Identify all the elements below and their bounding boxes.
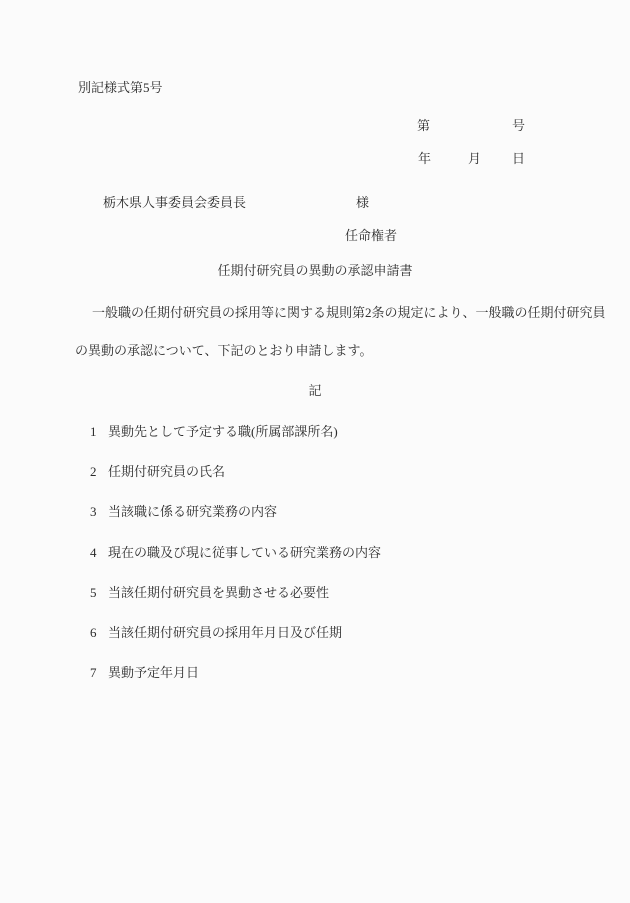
- document-page: 別記様式第5号 第 号 年 月 日 栃木県人事委員会委員長 様 任命権者 任期付…: [0, 0, 630, 903]
- list-item-2: 2 任期付研究員の氏名: [90, 465, 225, 478]
- list-item-text: 異動予定年月日: [108, 666, 199, 679]
- date-year-label: 年: [418, 152, 431, 165]
- sender-label: 任命権者: [345, 229, 397, 242]
- list-item-number: 3: [90, 505, 108, 518]
- date-day-label: 日: [512, 152, 525, 165]
- addressee-honorific: 様: [356, 196, 369, 209]
- list-item-text: 異動先として予定する職(所属部課所名): [108, 425, 338, 438]
- body-paragraph-line1: 一般職の任期付研究員の採用等に関する規則第2条の規定により、一般職の任期付研究員: [92, 306, 606, 319]
- list-item-3: 3 当該職に係る研究業務の内容: [90, 505, 277, 518]
- list-item-number: 4: [90, 546, 108, 559]
- list-item-1: 1 異動先として予定する職(所属部課所名): [90, 425, 338, 438]
- list-item-text: 当該任期付研究員を異動させる必要性: [108, 586, 329, 599]
- list-item-text: 当該任期付研究員の採用年月日及び任期: [108, 626, 342, 639]
- document-title: 任期付研究員の異動の承認申請書: [0, 264, 630, 277]
- list-item-number: 1: [90, 425, 108, 438]
- list-item-text: 現在の職及び現に従事している研究業務の内容: [108, 546, 381, 559]
- list-item-number: 2: [90, 465, 108, 478]
- list-item-6: 6 当該任期付研究員の採用年月日及び任期: [90, 626, 342, 639]
- doc-number-suffix: 号: [512, 119, 525, 132]
- form-style-number: 別記様式第5号: [78, 81, 163, 94]
- list-item-7: 7 異動予定年月日: [90, 666, 199, 679]
- list-item-text: 当該職に係る研究業務の内容: [108, 505, 277, 518]
- addressee-name: 栃木県人事委員会委員長: [103, 196, 246, 209]
- date-month-label: 月: [468, 152, 481, 165]
- doc-number-prefix: 第: [417, 119, 430, 132]
- list-item-number: 6: [90, 626, 108, 639]
- list-header: 記: [0, 384, 630, 397]
- list-item-number: 7: [90, 666, 108, 679]
- list-item-number: 5: [90, 586, 108, 599]
- list-item-text: 任期付研究員の氏名: [108, 465, 225, 478]
- body-paragraph-line2: の異動の承認について、下記のとおり申請します。: [75, 344, 372, 357]
- list-item-4: 4 現在の職及び現に従事している研究業務の内容: [90, 546, 381, 559]
- list-item-5: 5 当該任期付研究員を異動させる必要性: [90, 586, 329, 599]
